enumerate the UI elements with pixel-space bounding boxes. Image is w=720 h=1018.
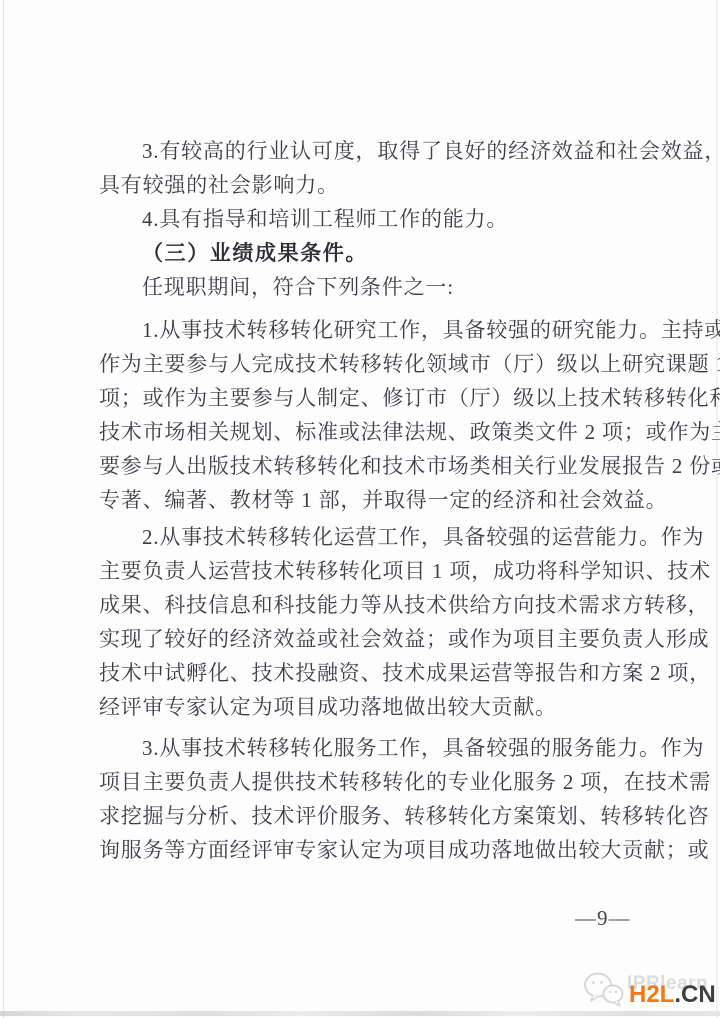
text-line: 项；或作为主要参与人制定、修订市（厅）级以上技术转移转化和 bbox=[99, 381, 639, 415]
text-line: 4.具有指导和培训工程师工作的能力。 bbox=[99, 202, 639, 236]
watermark: IPRlearn H2L.CN bbox=[583, 969, 720, 1013]
text-line: 2.从事技术转移转化运营工作，具备较强的运营能力。作为 bbox=[99, 520, 639, 554]
text-line: 具有较强的社会影响力。 bbox=[99, 168, 639, 202]
page-number: —9— bbox=[575, 906, 655, 931]
watermark-brand-primary: H2L bbox=[629, 981, 674, 1008]
document-page: 3.有较高的行业认可度，取得了良好的经济效益和社会效益， 具有较强的社会影响力。… bbox=[0, 0, 720, 1018]
paragraph-2: 2.从事技术转移转化运营工作，具备较强的运营能力。作为 主要负责人运营技术转移转… bbox=[99, 520, 639, 724]
text-line: 经评审专家认定为项目成功落地做出较大贡献。 bbox=[99, 690, 639, 724]
text-line: 1.从事技术转移转化研究工作，具备较强的研究能力。主持或 bbox=[99, 313, 639, 347]
text-line: 实现了较好的经济效益或社会效益；或作为项目主要负责人形成 bbox=[99, 622, 639, 656]
wechat-icon bbox=[583, 970, 625, 1013]
text-line: 要参与人出版技术转移转化和技术市场类相关行业发展报告 2 份或 bbox=[99, 449, 639, 483]
text-line: 3.有较高的行业认可度，取得了良好的经济效益和社会效益， bbox=[99, 134, 639, 168]
text-line: 技术中试孵化、技术投融资、技术成果运营等报告和方案 2 项， bbox=[99, 656, 639, 690]
text-line: 3.从事技术转移转化服务工作，具备较强的服务能力。作为 bbox=[99, 731, 639, 765]
text-line: 技术市场相关规划、标准或法律法规、政策类文件 2 项；或作为主 bbox=[99, 415, 639, 449]
section-heading: （三）业绩成果条件。 bbox=[99, 236, 639, 270]
scan-bottom-strip bbox=[0, 1011, 720, 1016]
watermark-brand-suffix: .CN bbox=[674, 981, 715, 1008]
text-line: 询服务等方面经评审专家认定为项目成功落地做出较大贡献；或 bbox=[99, 833, 639, 867]
scan-edge-left bbox=[3, 0, 4, 1018]
text-line: 求挖掘与分析、技术评价服务、转移转化方案策划、转移转化咨 bbox=[99, 799, 639, 833]
text-line: 成果、科技信息和科技能力等从技术供给方向技术需求方转移， bbox=[99, 588, 639, 622]
paragraph-3: 3.从事技术转移转化服务工作，具备较强的服务能力。作为 项目主要负责人提供技术转… bbox=[99, 731, 639, 867]
text-line: 主要负责人运营技术转移转化项目 1 项，成功将科学知识、技术 bbox=[99, 554, 639, 588]
text-line: 项目主要负责人提供技术转移转化的专业化服务 2 项，在技术需 bbox=[99, 765, 639, 799]
text-line: 任现职期间，符合下列条件之一: bbox=[99, 270, 639, 304]
watermark-brand: H2L.CN bbox=[629, 981, 716, 1009]
text-line: 作为主要参与人完成技术转移转化领域市（厅）级以上研究课题 1 bbox=[99, 347, 639, 381]
text-line: 专著、编著、教材等 1 部，并取得一定的经济和社会效益。 bbox=[99, 483, 639, 517]
paragraph-1: 1.从事技术转移转化研究工作，具备较强的研究能力。主持或 作为主要参与人完成技术… bbox=[99, 313, 639, 517]
document-body: 3.有较高的行业认可度，取得了良好的经济效益和社会效益， 具有较强的社会影响力。… bbox=[99, 134, 639, 867]
